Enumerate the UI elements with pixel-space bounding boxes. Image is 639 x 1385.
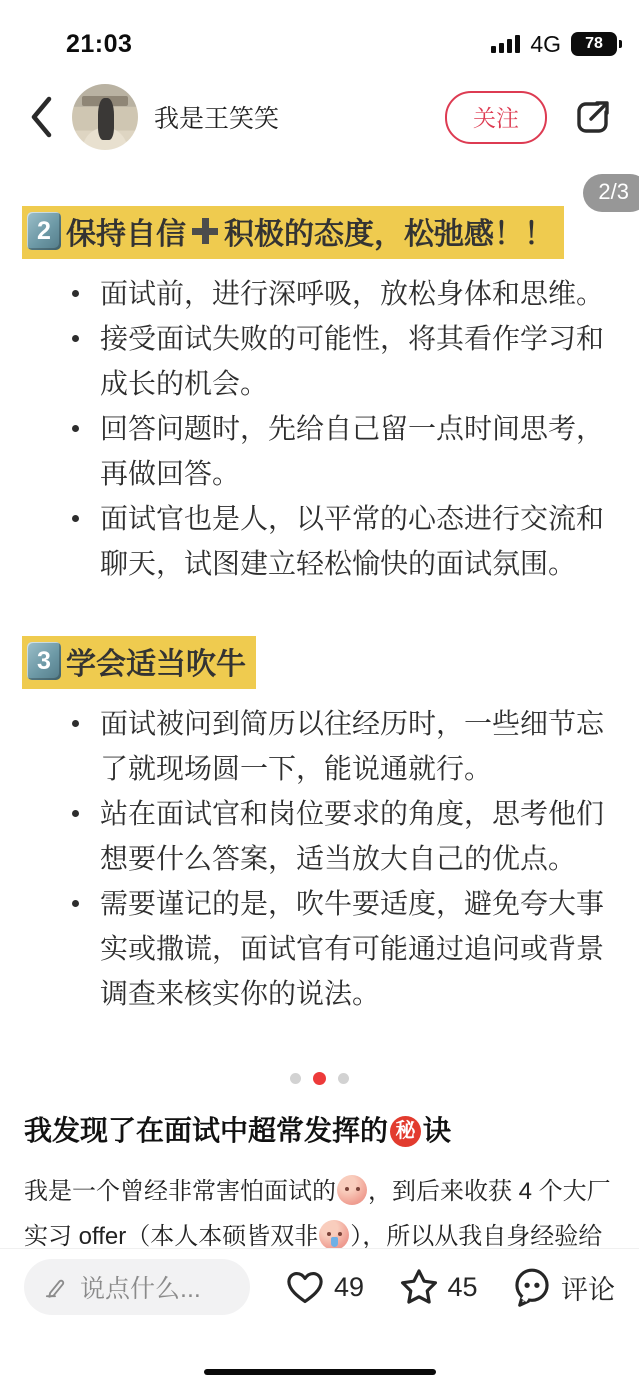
- like-count: 49: [334, 1272, 364, 1303]
- collect-button[interactable]: 45: [398, 1266, 478, 1308]
- section-2-bullets: 面试前，进行深呼吸，放松身体和思维。 接受面试失败的可能性，将其看作学习和成长的…: [0, 271, 615, 586]
- network-type: 4G: [530, 31, 561, 58]
- like-button[interactable]: 49: [284, 1266, 364, 1308]
- bullet-item: 接受面试失败的可能性，将其看作学习和成长的机会。: [68, 316, 615, 406]
- carousel-dot-active: [313, 1072, 326, 1085]
- username[interactable]: 我是王笑笑: [154, 99, 279, 135]
- carousel-dot: [290, 1073, 301, 1084]
- bullet-item: 回答问题时，先给自己留一点时间思考，再做回答。: [68, 406, 615, 496]
- bottom-bar: 说点什么... 49 45: [0, 1248, 639, 1385]
- secret-mark-icon: 秘: [390, 1116, 421, 1147]
- home-indicator: [204, 1369, 436, 1375]
- pencil-icon: [42, 1274, 68, 1300]
- section-heading-3: 3 学会适当吹牛: [22, 636, 256, 689]
- comment-placeholder: 说点什么...: [80, 1269, 201, 1305]
- comment-label: 评论: [561, 1268, 615, 1307]
- back-button[interactable]: [28, 93, 58, 141]
- page-indicator-badge: 2/3: [583, 174, 639, 212]
- bullet-item: 站在面试官和岗位要求的角度，思考他们想要什么答案，适当放大自己的优点。: [68, 791, 615, 881]
- heading-text-before-plus: 保持自信: [66, 209, 186, 253]
- chevron-left-icon: [28, 94, 54, 140]
- follow-button[interactable]: 关注: [445, 91, 547, 144]
- section-heading-2: 2 保持自信 积极的态度，松弛感！！: [22, 206, 564, 259]
- bullet-item: 面试前，进行深呼吸，放松身体和思维。: [68, 271, 615, 316]
- post-title-suffix: 诀: [423, 1111, 451, 1151]
- share-icon: [571, 95, 615, 139]
- app-screen: 21:03 4G 78 我是王笑笑 关注 2/3: [0, 0, 639, 1385]
- plus-icon: [192, 218, 218, 244]
- crying-peach-emoji-icon: [319, 1220, 349, 1250]
- bullet-item: 面试官也是人，以平常的心态进行交流和聊天，试图建立轻松愉快的面试氛围。: [68, 496, 615, 586]
- note-image-slide[interactable]: 2/3 2 保持自信 积极的态度，松弛感！！ 面试前，进行深呼吸，放松身体和思维…: [0, 172, 639, 1016]
- nav-bar: 我是王笑笑 关注: [0, 80, 639, 154]
- signal-strength-icon: [491, 35, 520, 53]
- bullet-item: 面试被问到简历以往经历时，一些细节忘了就现场圆一下，能说通就行。: [68, 701, 615, 791]
- aggrieved-peach-emoji-icon: [337, 1175, 367, 1205]
- clock: 21:03: [66, 30, 132, 59]
- collect-count: 45: [448, 1272, 478, 1303]
- keycap-2-icon: 2: [27, 212, 61, 250]
- section-3-bullets: 面试被问到简历以往经历时，一些细节忘了就现场圆一下，能说通就行。 站在面试官和岗…: [0, 701, 615, 1016]
- post-title: 我发现了在面试中超常发挥的 秘 诀: [24, 1111, 615, 1151]
- carousel-dots: [0, 1072, 639, 1085]
- heading-text: 学会适当吹牛: [66, 639, 246, 683]
- post-title-text: 我发现了在面试中超常发挥的: [24, 1111, 388, 1151]
- battery-percent: 78: [585, 35, 603, 53]
- avatar[interactable]: [72, 84, 138, 150]
- bullet-item: 需要谨记的是，吹牛要适度，避免夸大事实或撒谎，面试官有可能通过追问或背景调查来核…: [68, 881, 615, 1016]
- comment-button[interactable]: 评论: [511, 1266, 615, 1308]
- status-bar: 21:03 4G 78: [0, 0, 639, 64]
- body-text: 我是一个曾经非常害怕面试的: [24, 1178, 336, 1205]
- keycap-3-icon: 3: [27, 642, 61, 680]
- comment-input[interactable]: 说点什么...: [24, 1259, 250, 1315]
- carousel-dot: [338, 1073, 349, 1084]
- comment-bubble-icon: [511, 1266, 553, 1308]
- share-button[interactable]: [571, 95, 615, 139]
- heading-text-after-plus: 积极的态度，松弛感！！: [224, 209, 554, 253]
- heart-icon: [284, 1266, 326, 1308]
- battery-icon: 78: [571, 32, 617, 56]
- star-icon: [398, 1266, 440, 1308]
